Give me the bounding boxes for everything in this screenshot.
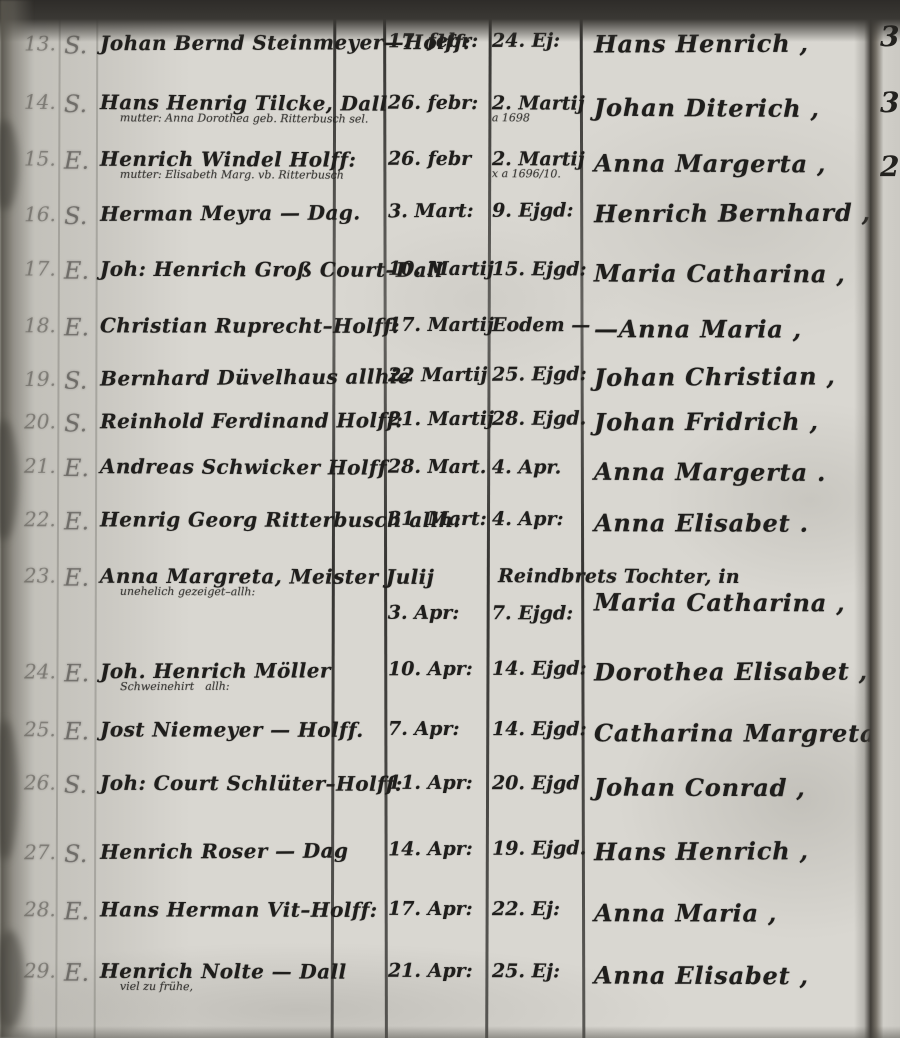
name-cell: Henrich Nolte — Dallviel zu frühe,: [100, 959, 400, 994]
register-row: 17.E.Joh: Henrich Groß Court–Dall10. Mar…: [0, 256, 900, 259]
child-name: Johan Diterich ,: [594, 93, 820, 123]
birth-date: 14. Apr:: [388, 838, 488, 861]
baptism-date: 25. Ejgd:: [492, 363, 587, 386]
sex-letter: E.: [64, 454, 94, 482]
baptism-date-cell: 19. Ejgd.: [492, 837, 584, 859]
child-cell: Dorothea Elisabet ,: [594, 657, 864, 687]
birth-date: 28. Mart.: [388, 456, 488, 479]
child-cell: Anna Maria ,: [594, 898, 864, 927]
child-name: Anna Margerta .: [594, 457, 826, 487]
child-cell: Johan Conrad ,: [594, 773, 864, 803]
child-cell: Anna Elisabet ,: [594, 961, 864, 991]
sex-letter: E.: [64, 147, 94, 175]
sex-letter: S.: [64, 409, 94, 437]
birth-date: 31. Mart:: [388, 508, 488, 530]
register-row: 28.E.Hans Herman Vit–Holff:17. Apr:22. E…: [0, 897, 900, 899]
page-top-shadow: [0, 0, 900, 42]
margin-rule-right: [94, 0, 99, 1038]
child-name: Catharina Margreta ,: [594, 718, 895, 748]
baptism-date-cell: 14. Ejgd:: [492, 718, 584, 740]
child-name: Maria Catharina ,: [594, 588, 846, 618]
name-cell: Joh: Court Schlüter–Holff:: [100, 771, 400, 796]
name-cell: Anna Margreta, Meister Julijunehelich ge…: [100, 564, 400, 599]
entry-note: unehelich gezeiget–allh:: [120, 585, 400, 599]
child-cell: Johan Diterich ,: [594, 93, 864, 123]
baptism-date-cell: 25. Ej:: [492, 960, 584, 982]
parent-name: Reinhold Ferdinand Holff:: [100, 408, 400, 433]
baptism-date-cell: 2. Martija 1698: [492, 92, 584, 124]
parent-name: Herman Meyra — Dag.: [100, 200, 400, 226]
parent-name: Henrich Roser — Dag: [100, 838, 400, 864]
register-row: 14.S.Hans Henrig Tilcke, Dallmutter: Ann…: [0, 90, 900, 95]
child-name: —Anna Maria ,: [594, 314, 802, 343]
child-name: Anna Elisabet .: [594, 508, 809, 537]
sex-letter: S.: [64, 90, 94, 118]
baptism-date: 28. Ejgd.: [492, 408, 586, 430]
child-cell: Catharina Margreta ,: [594, 718, 864, 747]
baptism-date-cell: 20. Ejgd: [492, 772, 584, 794]
sex-letter: E.: [64, 959, 94, 987]
child-name: Henrich Bernhard ,: [594, 198, 871, 228]
name-cell: Jost Niemeyer — Holff.: [100, 717, 400, 742]
birth-date: 3. Apr:: [388, 602, 488, 624]
baptism-date: 9. Ejgd:: [492, 199, 574, 221]
register-row: 15.E.Henrich Windel Holff:mutter: Elisab…: [0, 146, 900, 149]
register-row: 22.E.Henrig Georg Ritterbusch allh:31. M…: [0, 507, 900, 509]
birth-date: 17. Martij: [388, 314, 488, 336]
child-cell: Reindbrets Tochter, inMaria Catharina ,: [594, 566, 864, 618]
entry-note: mutter: Anna Dorothea geb. Ritterbusch s…: [120, 111, 400, 125]
birth-date: 21. Martij: [388, 408, 488, 430]
sex-letter: S.: [64, 840, 94, 868]
baptism-date-cell: 7. Ejgd:: [492, 602, 584, 624]
sex-letter: E.: [64, 717, 94, 745]
birth-date: 22 Martij: [388, 364, 488, 387]
baptism-date: 7. Ejgd:: [492, 602, 573, 624]
parent-name: Hans Herman Vit–Holff:: [100, 897, 400, 922]
baptism-date-cell: 22. Ej:: [492, 898, 584, 920]
parent-name: Andreas Schwicker Holff: [100, 454, 400, 480]
entry-note: viel zu frühe,: [120, 980, 400, 994]
name-cell: Andreas Schwicker Holff: [100, 454, 400, 480]
date-note: a 1698: [492, 111, 584, 124]
baptism-date: 14. Ejgd:: [492, 718, 587, 740]
child-name: Anna Maria ,: [594, 898, 777, 927]
page-bottom-shadow: [0, 1026, 900, 1038]
sex-letter: E.: [64, 257, 94, 285]
baptism-date: 25. Ej:: [492, 960, 560, 982]
sex-letter: E.: [64, 564, 94, 592]
baptism-date: 22. Ej:: [492, 898, 560, 920]
baptism-date-cell: 9. Ejgd:: [492, 199, 584, 221]
birth-date: 17. Apr:: [388, 898, 488, 920]
opposite-page-number: 3: [880, 86, 900, 119]
name-cell: Henrig Georg Ritterbusch allh:: [100, 507, 400, 532]
baptism-date: 15. Ejgd:: [492, 258, 587, 280]
baptism-date: Eodem —: [492, 314, 590, 336]
baptism-date-cell: 28. Ejgd.: [492, 408, 584, 430]
register-row: 26.S.Joh: Court Schlüter–Holff:11. Apr:2…: [0, 770, 900, 773]
child-name: Johan Conrad ,: [594, 773, 806, 803]
baptism-date: 14. Ejgd:: [492, 658, 587, 680]
baptism-date-cell: 4. Apr:: [492, 508, 584, 530]
name-cell: Hans Herman Vit–Holff:: [100, 897, 400, 922]
parent-name: Christian Ruprecht–Holff:: [100, 313, 400, 338]
birth-date: 10. Apr:: [388, 658, 488, 680]
baptism-date-cell: 25. Ejgd:: [492, 363, 584, 386]
baptism-date: 4. Apr.: [492, 456, 561, 478]
baptism-date-cell: Eodem —: [492, 314, 584, 336]
child-name: Dorothea Elisabet ,: [594, 657, 868, 687]
sex-letter: E.: [64, 659, 94, 687]
name-cell: Henrich Roser — Dag: [100, 838, 400, 864]
register-row: 21.E.Andreas Schwicker Holff28. Mart.4. …: [0, 454, 900, 459]
sex-letter: E.: [64, 897, 94, 925]
parent-name: Jost Niemeyer — Holff.: [100, 717, 400, 742]
register-row: 25.E.Jost Niemeyer — Holff.7. Apr:14. Ej…: [0, 717, 900, 719]
birth-date: 21. Apr:: [388, 960, 488, 982]
baptism-date-cell: 15. Ejgd:: [492, 258, 584, 280]
sex-letter: S.: [64, 202, 94, 230]
register-row: 24.E.Joh. Henrich MöllerSchweinehirt all…: [0, 656, 900, 659]
birth-date: 26. febr:: [388, 92, 488, 115]
parent-name: Henrig Georg Ritterbusch allh:: [100, 507, 400, 532]
parent-name: Joh: Henrich Groß Court–Dall: [100, 257, 400, 282]
child-cell: Anna Margerta .: [594, 457, 864, 487]
child-cell: Johan Christian ,: [594, 361, 864, 392]
child-name: Anna Elisabet ,: [594, 961, 809, 991]
name-cell: Joh. Henrich MöllerSchweinehirt allh:: [100, 658, 400, 693]
baptism-date: 19. Ejgd.: [492, 837, 586, 859]
name-cell: Henrich Windel Holff:mutter: Elisabeth M…: [100, 147, 400, 182]
sex-letter: E.: [64, 313, 94, 341]
baptism-date-cell: 14. Ejgd:: [492, 658, 584, 680]
register-row: 27.S.Henrich Roser — Dag14. Apr:19. Ejgd…: [0, 836, 900, 841]
birth-date: 7. Apr:: [388, 718, 488, 740]
child-cell: Johan Fridrich ,: [594, 407, 864, 437]
sex-letter: S.: [64, 366, 94, 394]
baptism-date-cell: 4. Apr.: [492, 456, 584, 478]
child-cell: Hans Henrich ,: [594, 836, 864, 866]
child-name: Maria Catharina ,: [594, 259, 846, 289]
baptism-date-cell: 2. Martijx a 1696/10.: [492, 148, 584, 180]
name-cell: Bernhard Düvelhaus allhie: [100, 364, 400, 390]
birth-date: 10. Martij: [388, 258, 488, 280]
child-cell: Anna Margerta ,: [594, 149, 864, 179]
name-cell: Joh: Henrich Groß Court–Dall: [100, 257, 400, 282]
child-name: Johan Fridrich ,: [594, 407, 819, 437]
opposite-page-number: 2: [880, 150, 900, 183]
child-name: Anna Margerta ,: [594, 149, 826, 179]
name-cell: Hans Henrig Tilcke, Dallmutter: Anna Dor…: [100, 90, 400, 126]
entry-note: mutter: Elisabeth Marg. vb. Ritterbusch: [120, 168, 400, 182]
child-cell: Henrich Bernhard ,: [594, 198, 864, 228]
name-cell: Christian Ruprecht–Holff:: [100, 313, 400, 338]
birth-date: 3. Mart:: [388, 200, 488, 223]
register-row: 29.E.Henrich Nolte — Dallviel zu frühe,2…: [0, 958, 900, 961]
child-name: Hans Henrich ,: [594, 836, 809, 866]
name-cell: Reinhold Ferdinand Holff:: [100, 408, 400, 433]
baptism-date: 20. Ejgd: [492, 772, 580, 794]
register-page: 13.S.Johan Bernd Steinmeyer—Holff:17. fe…: [0, 0, 900, 1038]
register-row: 19.S.Bernhard Düvelhaus allhie22 Martij2…: [0, 361, 900, 367]
child-cell: Anna Elisabet .: [594, 508, 864, 537]
parent-name: Joh: Court Schlüter–Holff:: [100, 771, 400, 796]
birth-date: 11. Apr:: [388, 772, 488, 794]
child-name: Johan Christian ,: [594, 361, 836, 392]
sex-letter: S.: [64, 771, 94, 799]
parent-name: Bernhard Düvelhaus allhie: [100, 364, 400, 390]
child-cell: Maria Catharina ,: [594, 259, 864, 289]
register-row: 16.S.Herman Meyra — Dag.3. Mart:9. Ejgd:…: [0, 198, 900, 203]
child-cell: —Anna Maria ,: [594, 314, 864, 343]
baptism-date: 4. Apr:: [492, 508, 564, 530]
register-row: 23.E.Anna Margreta, Meister Julijuneheli…: [0, 563, 900, 566]
date-note: x a 1696/10.: [492, 167, 584, 180]
entry-note: Schweinehirt allh:: [120, 679, 400, 693]
register-row: 18.E.Christian Ruprecht–Holff:17. Martij…: [0, 313, 900, 315]
sex-letter: E.: [64, 507, 94, 535]
register-row: 20.S.Reinhold Ferdinand Holff:21. Martij…: [0, 406, 900, 409]
birth-date: 26. febr: [388, 148, 488, 170]
opposite-page-number: 3: [880, 20, 900, 53]
name-cell: Herman Meyra — Dag.: [100, 200, 400, 226]
child-note: Reindbrets Tochter, in: [498, 565, 864, 588]
